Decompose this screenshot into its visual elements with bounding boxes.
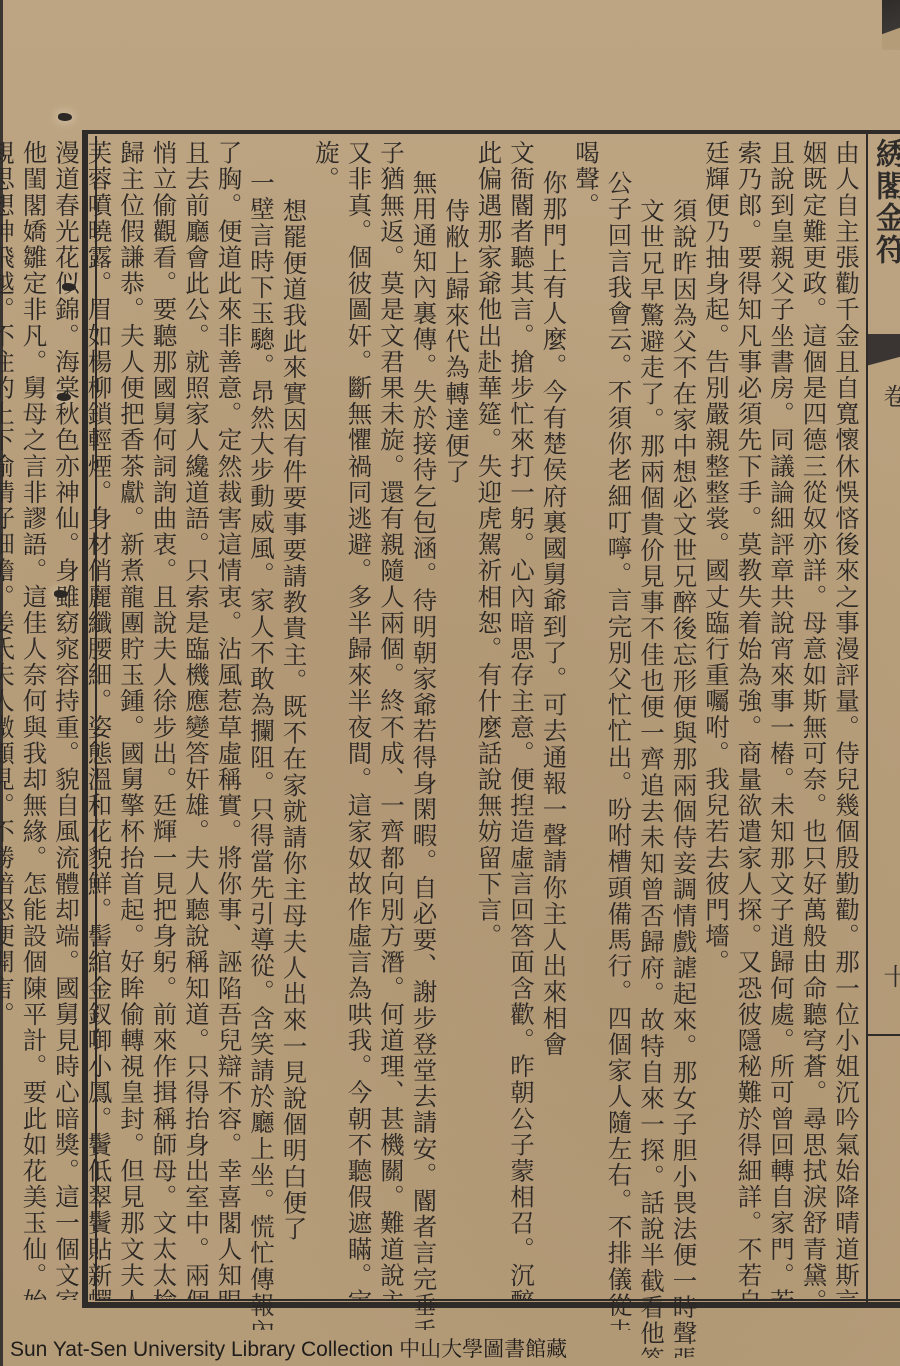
text-column: 且說到皇親父子坐書房。同議論細評章共說宵來事一樁。未知那文子逍歸何處。所可曾回轉… [765,140,798,1300]
text-column: 文衙閽者聽其言。搶步忙來打一躬。心內暗思存主意。便揑造虛言回答面含歡。昨朝公子蒙… [505,140,538,1300]
text-body: 由人自主張勸千金且自寬懷休悞悋後來之事漫評量。侍兒幾個殷勤勸。那一位小姐沉吟氣始… [100,136,864,1296]
text-column: 姻既定難更政。這個是四德三從奴亦詳。母意如斯無可奈。也只好萬般由命聽穹蒼。尋思拭… [797,140,830,1300]
text-column: 旋。 [310,140,343,1300]
book-title: 綉閣金符 [872,138,900,266]
text-column: 一壁言時下玉驄。昂然大步動威風。家人不敢為攔阻。只得當先引導從。含笑請於廳上坐。… [245,140,278,1330]
text-column: 歸主位假謙恭。夫人便把香茶獻。新煮龍團貯玉鍾。國舅擎杯抬首起。好眸偷轉視皇封。但… [115,140,148,1300]
text-column: 悄立偷觀看。要聽那國舅何詞詢曲衷。且說夫人徐步出。廷輝一見把身躬。前來作揖稱師母… [147,140,180,1300]
banxin-center-strip: 綉閣金符 卷 十 [868,134,900,1304]
text-column: 且去前廳會此公。就照家人纔道語。只索是臨機應變答奸雄。夫人聽說稱知道。只得抬身出… [180,140,213,1300]
text-column: 無用通知內裏傳。失於接待乞包涵。待明朝家爺若得身閑暇。自必要、謝步登堂去請安。閽… [407,140,440,1330]
text-column: 由人自主張勸千金且自寬懷休悞悋後來之事漫評量。侍兒幾個殷勤勸。那一位小姐沉吟氣始… [830,140,863,1300]
text-column-prose: 須說昨因為父不在家中想必文世兄醉後忘形便與那兩個侍妾調情戲謔起來。那女子胆小畏法… [667,140,700,1358]
text-column-prose: 文世兄早驚避走了。那兩個貴价見事不佳也便一齊追去未知曾否歸府。故特自來一探。話說… [635,140,668,1358]
text-column: 索乃郎。要得知凡事必須先下手。莫教失着始為強。商量欲遣家人探。又恐彼隱秘難於得細… [732,140,765,1300]
juan-marker: 卷 [876,384,900,408]
text-column: 公子回言我會云。不須你老細叮嚀。言完別父忙忙出。吩咐槽頭備馬行。四個家人隨左右。… [602,140,635,1330]
text-column-prose: 侍敝上歸來代為轉達便了 [440,140,473,1358]
text-column: 喝聲。 [570,140,603,1300]
folded-corner [882,0,900,50]
binding-hole-1 [58,113,72,121]
fishtail-mark [868,334,900,382]
text-column: 此偏遇那家爺他出赴華筵。失迎虎駕祈相恕。有什麼話說無妨留下言。 [472,140,505,1300]
text-column: 子猶無返。莫是文君果未旋。還有親隨人兩個。終不成、一齊都向別方潛。何道理、甚機關… [375,140,408,1300]
text-column-prose: 想罷便道我此來實因有件要事要請教貴主。既不在家就請你主母夫人出來一見說個明白便了 [277,140,310,1358]
text-column: 芙蓉噴曉露。眉如楊柳鎖輕煙。身材俏麗纖腰細。姿態溫和花貌鮮。髻綰金釵啣小鳳。鬢低… [82,140,115,1300]
text-column: 他閨閣嬌雛定非凡。舅母之言非謬語。這佳人奈何與我却無緣。怎能設個陳平計。要此如花… [17,140,50,1300]
text-column: 了胸。便道此來非善意。定然裁害這情衷。沾風惹草虛稱實。將你事、誣陷吾兒辯不容。幸… [212,140,245,1300]
banxin-rule [868,1034,900,1036]
text-column: 廷輝便乃抽身起。告別嚴親整整裳。國丈臨行重囑咐。我兒若去彼門墻。 [700,140,733,1300]
text-column: 漫道春光花似錦。海棠秋色亦神仙。身雖窈窕容持重。貌自風流體却端。國舅見時心暗獎。… [50,140,83,1300]
text-column: 又非真。個彼圖奸。斷無懼禍同逃避。多半歸來半夜間。這家奴故作虛言為哄我。今朝不聽… [342,140,375,1300]
text-column: 親思想神飛越。不住的上下偷睛仔細瞻。姜氏夫人微顧見。不勝暗怒便開言。 [0,140,17,1300]
page-number: 十 [876,964,900,988]
library-watermark: Sun Yat-Sen University Library Collectio… [10,1333,567,1363]
text-column-prose: 你那門上有人麼。今有楚侯府裏國舅爺到了。可去通報一聲請你主人出來相會 [537,140,570,1330]
